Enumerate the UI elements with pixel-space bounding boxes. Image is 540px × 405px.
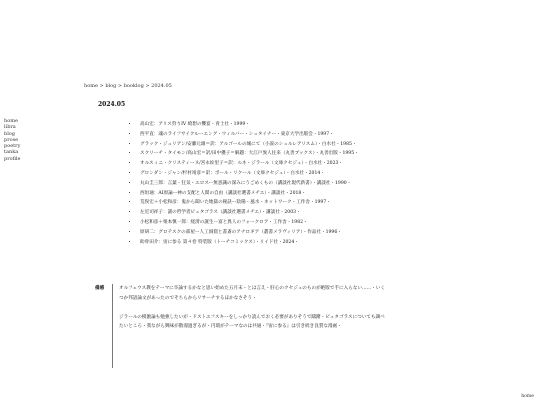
list-item: オルスィニ・クリスティーヌ/宮永絵里子＝訳：ルネ・ジラール（文庫クセジュ）・白水… (138, 159, 359, 169)
review-body: オルフェウス教をテーマに卒論するかなと思い始めた五月末・とは言え・肝心のクセジュ… (112, 284, 389, 368)
list-item: 高山宏：アリス狩りIV 綺想の饗宴・青土社・1999・ (138, 120, 359, 130)
list-item: 小松和彦＋栗本慎一郎：経済の誕生ー富と異人のフォークロア・工作舎・1982・ (138, 218, 359, 228)
list-item: グラック・ジュリアン/安藤元雄＝訳：アルゴールの城にて（小説のシュルレアリスム）… (138, 140, 359, 150)
sidebar-nav: home libra blog prose poetry tanka profi… (4, 118, 21, 162)
list-item: グロンダン・ジャン/杉村靖彦＝訳：ポール・リクール（文庫クセジュ）・白水社・20… (138, 169, 359, 179)
list-item: 西垣通：AI原論ー神の支配と人間の自由（講談社選書メチエ）・講談社・2018・ (138, 189, 359, 199)
list-item: 西平直：魂のライフサイクルーエング・ウィルバー・シュタイナー・東京大学出版会・1… (138, 130, 359, 140)
book-list: 高山宏：アリス狩りIV 綺想の饗宴・青土社・1999・ 西平直：魂のライフサイク… (132, 120, 359, 247)
review-label: 備感 (95, 285, 104, 291)
list-item: スクリーチ・タイモン/高山宏＝訳/田中優子＝解題：大江戸異人往来（丸善ブックス）… (138, 149, 359, 159)
breadcrumb-current: 2024.05 (151, 83, 172, 89)
sidebar-item-tanka[interactable]: tanka (4, 149, 21, 155)
list-item: 左近司祥子：謎の哲学者ピュタゴラス（講談社選書メチエ）・講談社・2003・ (138, 208, 359, 218)
review-paragraph: オルフェウス教をテーマに卒論するかなと思い始めた五月末・とは言え・肝心のクセジュ… (119, 284, 389, 303)
sidebar-item-profile[interactable]: profile (4, 156, 21, 162)
list-item: 荒俣宏＋小松和彦：鬼から聞いた地獄の秘訣ー陰陽・風水・ネットワーク・工作舎・19… (138, 198, 359, 208)
breadcrumb-blog[interactable]: blog (105, 83, 116, 89)
list-item: 原研二：グロテスクの部屋ー人工洞窟と書斎のアナロギア（叢書メラヴィリア）・作品社… (138, 228, 359, 238)
footer-home-link[interactable]: home (521, 394, 534, 399)
review-paragraph: ジラールの模倣論も勉強したいが・ドストエフスキーをしっかり読んでおく必要がありそ… (119, 313, 389, 332)
page-title: 2024.05 (98, 101, 125, 108)
list-item: 助骨田介：宙に参る 第４巻 特装版（トーチコミックス）・リイド社・2024・ (138, 238, 359, 248)
breadcrumb: home > blog > booklog > 2024.05 (84, 83, 172, 89)
list-item: 丸山圭三郎：言葉・狂気・エロスー無意識の深みにうごめくもの（講談社現代新書）・講… (138, 179, 359, 189)
breadcrumb-separator: > (116, 83, 123, 89)
breadcrumb-home[interactable]: home (84, 83, 98, 89)
breadcrumb-booklog[interactable]: booklog (124, 83, 144, 89)
